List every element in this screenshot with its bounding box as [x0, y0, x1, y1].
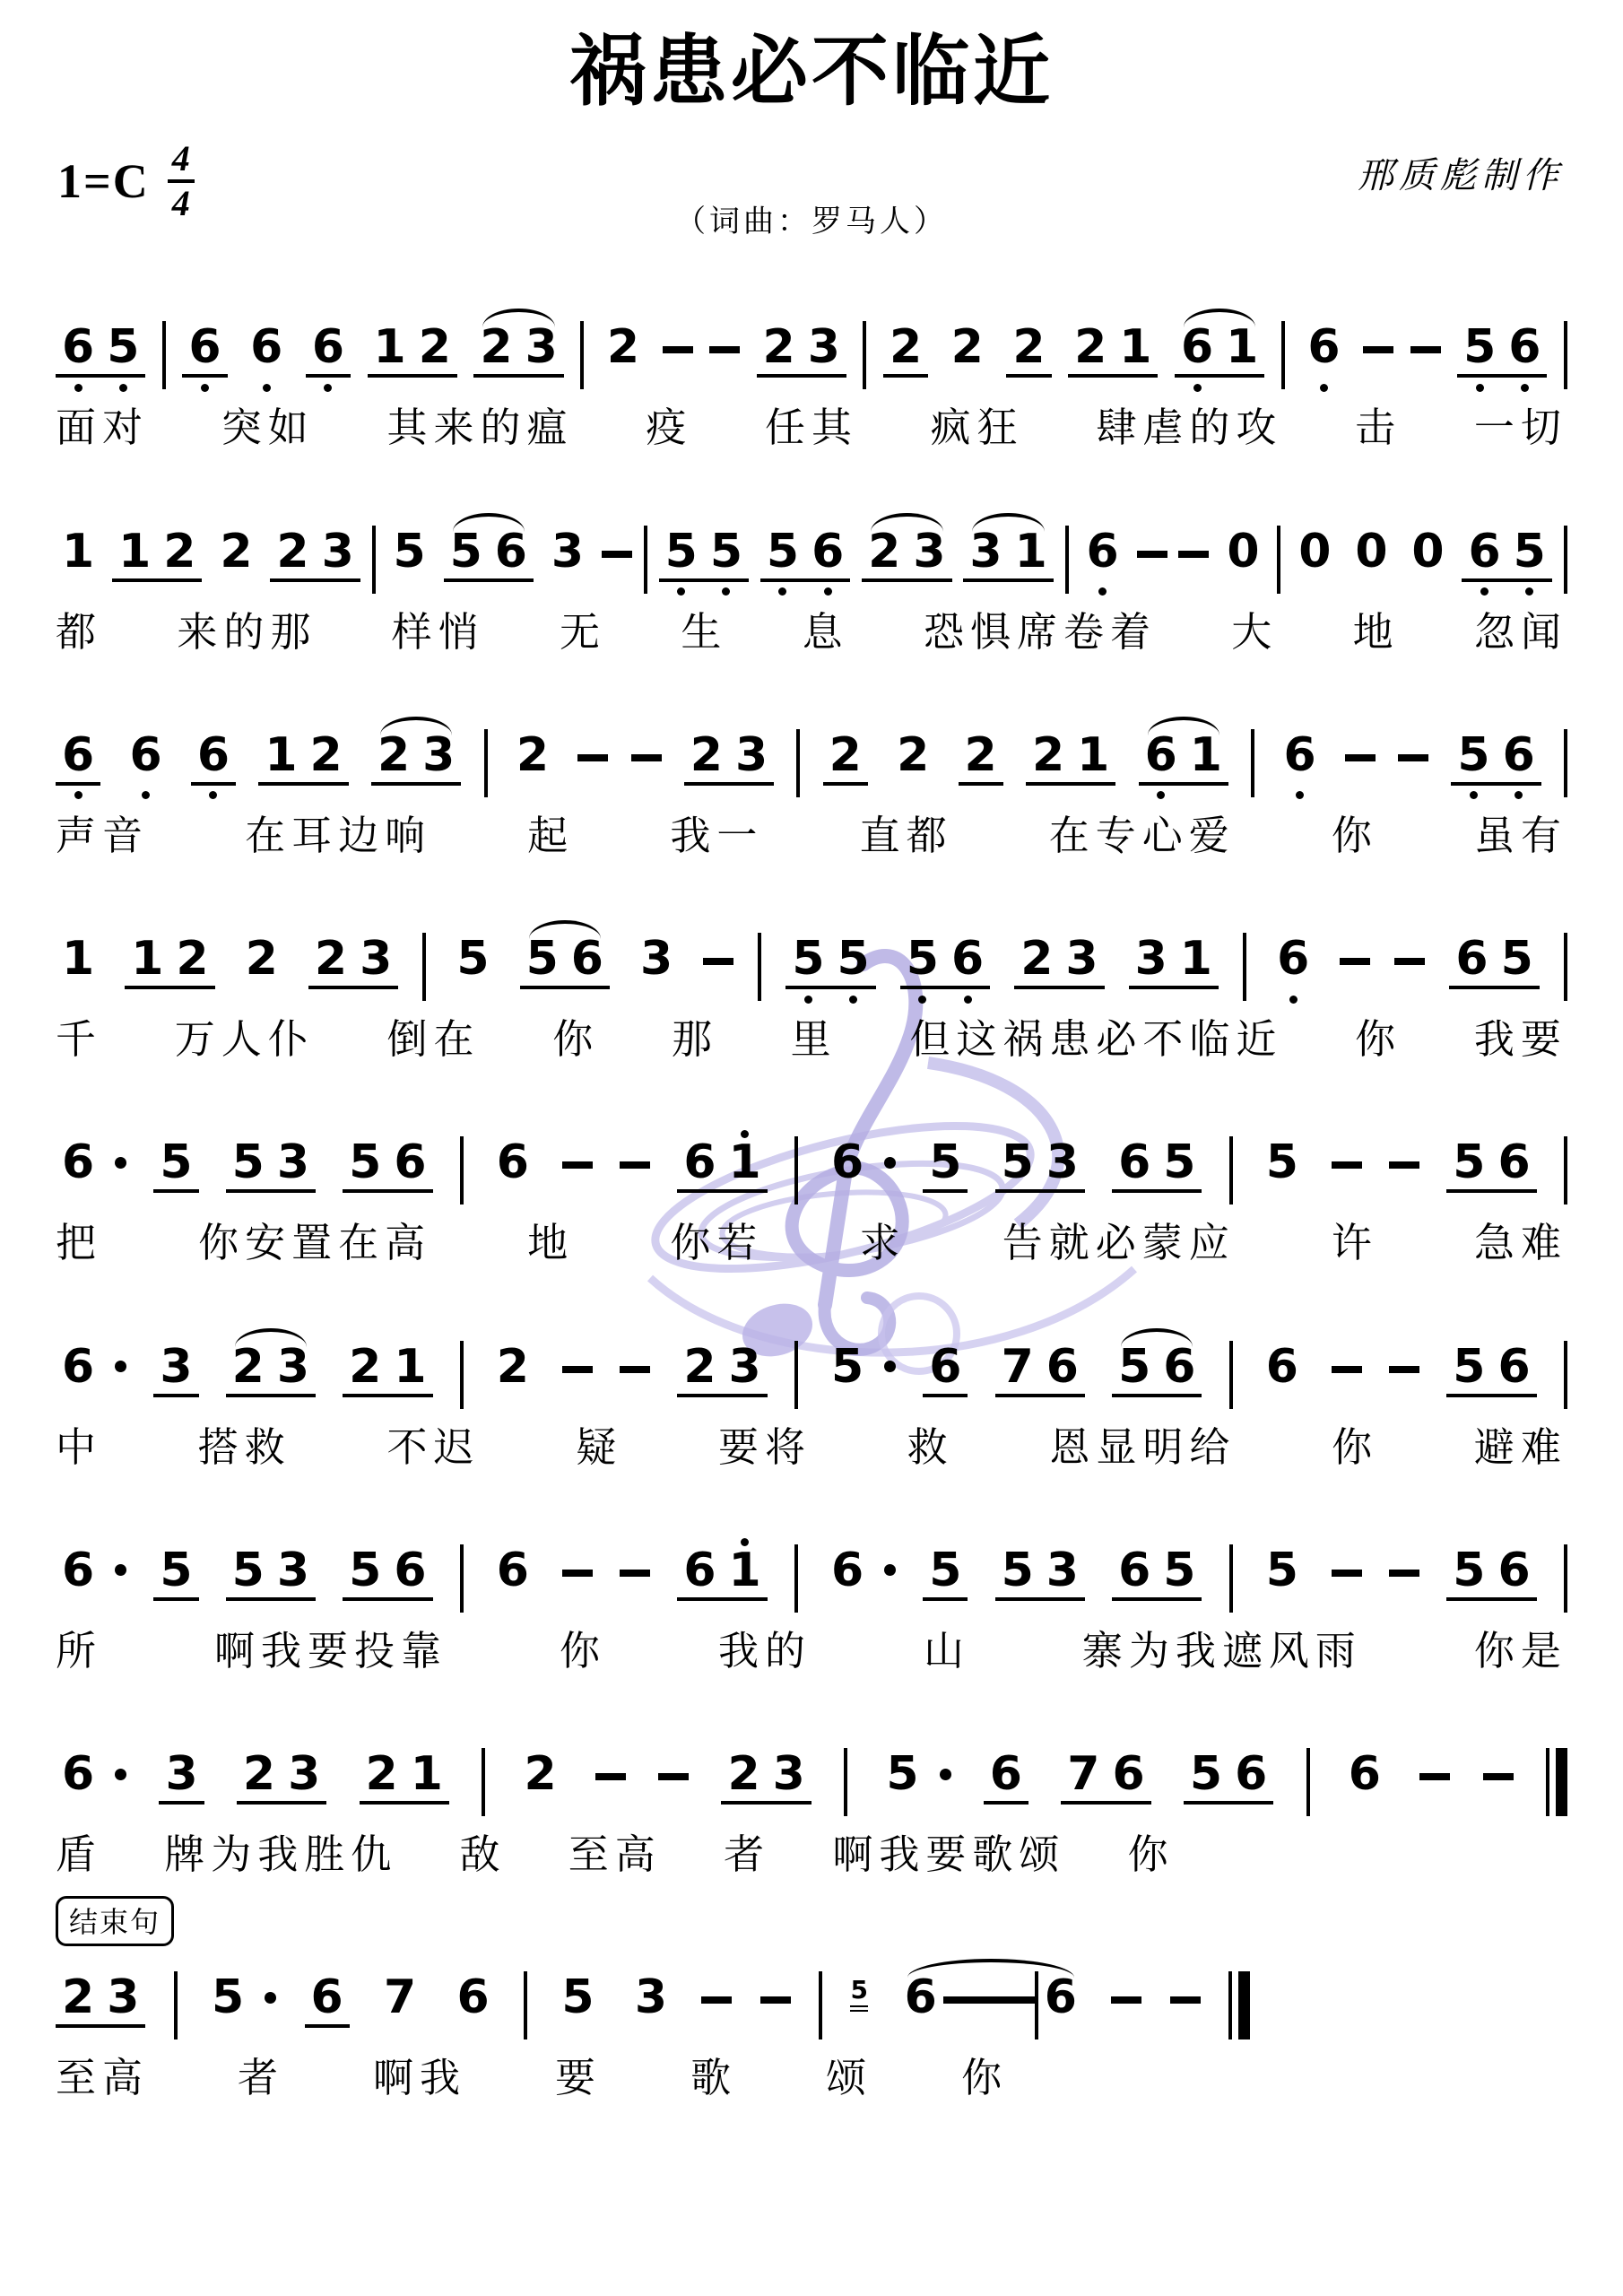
beam-group: 12 — [112, 513, 202, 600]
duration-dash — [974, 1996, 1004, 2004]
underline-zone — [282, 1798, 326, 1806]
note-digit: 6 — [123, 731, 168, 779]
barline — [1281, 321, 1285, 389]
underline-zone — [1040, 1187, 1085, 1195]
underline-zone — [1184, 1798, 1228, 1806]
eighth-underline — [1040, 1189, 1085, 1193]
lyric-segment: 啊我 — [373, 2053, 466, 2103]
note-digit: 2 — [677, 1343, 722, 1391]
note: 3 — [802, 309, 846, 396]
lyric-segment: 把 — [56, 1218, 102, 1268]
eighth-underline — [900, 986, 945, 989]
octave-zone-below — [824, 584, 832, 600]
grace-note-digit: 5 — [851, 1977, 868, 2003]
note: 2 — [757, 309, 802, 396]
note-digit: 5 — [450, 935, 495, 983]
beam-group: 12 — [125, 920, 214, 1007]
duration-dash — [1394, 958, 1425, 965]
eighth-underline — [56, 374, 100, 378]
note: 1 — [723, 1532, 768, 1619]
note: 3 — [1040, 1532, 1085, 1619]
final-barline-thin — [1228, 1971, 1232, 2039]
note: 2 — [677, 1328, 722, 1415]
note-digit: 1 — [56, 527, 100, 576]
lyric-segment: 山 — [924, 1626, 970, 1676]
eighth-underline — [159, 1801, 204, 1805]
underline-zone — [306, 371, 351, 379]
eighth-underline — [343, 1189, 387, 1193]
underline-zone — [378, 2022, 422, 2030]
octave-dot-below — [964, 996, 972, 1004]
lyrics-composer-credit: （词曲：罗马人） — [675, 196, 948, 240]
lyrics-row: 盾牌为我胜仇敌至高者啊我要歌颂你 — [56, 1830, 1175, 1880]
octave-dot-below — [722, 587, 730, 596]
note-digit-row: 2 — [237, 1750, 282, 1798]
note: 2 — [239, 920, 284, 1007]
lyric-segment: 里 — [791, 1014, 838, 1065]
grace-beam — [850, 2010, 868, 2013]
note: 1 — [56, 920, 100, 1007]
note: 6 — [677, 1532, 722, 1619]
octave-dot-below — [1525, 587, 1533, 596]
note-digit: 6 — [387, 1546, 432, 1595]
notes-row: 632321223567656656 — [56, 1328, 1567, 1415]
note-digit: 6 — [1449, 935, 1494, 983]
duration-dash — [562, 1366, 593, 1373]
note-digit-row: 6 — [182, 323, 227, 371]
notes-row: 66612232232222161656 — [56, 717, 1567, 804]
beam-group: 56 — [900, 920, 990, 1007]
beam-group: 76 — [995, 1328, 1085, 1415]
note: 6 — [1301, 309, 1346, 396]
lyric-segment: 在专心爱 — [1049, 811, 1236, 861]
underline-zone — [304, 779, 349, 787]
note-digit-row: 1 — [723, 1546, 768, 1595]
note-digit-row: 3 — [353, 935, 398, 983]
note-digit-row: 5 — [923, 1138, 968, 1187]
note-digit-row: 6 — [1112, 1138, 1157, 1187]
beam-group: 61 — [677, 1532, 767, 1619]
underline-zone — [1112, 1595, 1157, 1603]
beam-group: 56 — [520, 920, 610, 1007]
duration-dash — [595, 1773, 626, 1780]
underline-zone — [1260, 1391, 1305, 1399]
underline-zone — [880, 1798, 950, 1806]
note: 2 — [883, 309, 928, 396]
note: 2 — [1026, 717, 1071, 804]
lyric-segment: 地 — [1353, 607, 1400, 657]
underline-zone — [1446, 1391, 1491, 1399]
octave-zone-below — [804, 991, 812, 1007]
underline-zone — [1446, 1187, 1491, 1195]
note-digit: 3 — [316, 527, 360, 576]
lyric-segment: 要 — [555, 2053, 602, 2103]
octave-zone-below — [74, 787, 82, 804]
lyric-segment: 你 — [560, 1626, 606, 1676]
lyrics-row: 至高者啊我要歌颂你 — [56, 2053, 1008, 2103]
note-digit: 0 — [1405, 527, 1450, 576]
octave-dot-below — [201, 384, 209, 392]
lyric-segment: 你是 — [1474, 1626, 1567, 1676]
note-digit: 5 — [995, 1546, 1040, 1595]
note-digit-row: 3 — [416, 731, 461, 779]
beam-group: 53 — [226, 1124, 316, 1211]
underline-zone — [757, 371, 802, 379]
note-digit: 6 — [1081, 527, 1125, 576]
lyric-segment: 忽闻 — [1474, 607, 1567, 657]
underline-zone — [1112, 1391, 1157, 1399]
underline-zone — [153, 1595, 198, 1603]
note-digit-row: 6 — [898, 1973, 943, 2022]
beam-group: 61 — [1139, 717, 1228, 804]
eighth-underline — [520, 986, 565, 989]
note-digit: 3 — [100, 1973, 145, 2022]
note: 3 — [316, 513, 360, 600]
lyrics-row: 面对突如其来的瘟疫任其疯狂肆虐的攻击一切 — [56, 403, 1567, 453]
lyric-segment: 都 — [56, 607, 102, 657]
eighth-underline — [805, 578, 850, 582]
underline-zone — [1260, 1595, 1305, 1603]
underline-zone — [825, 1187, 896, 1195]
underline-zone — [1112, 1187, 1157, 1195]
underline-zone — [1068, 371, 1113, 379]
eighth-underline — [945, 986, 990, 989]
note: 5 — [205, 1959, 276, 2046]
eighth-underline — [1462, 578, 1506, 582]
note-digit: 3 — [767, 1750, 811, 1798]
note-digit-row: 2 — [684, 731, 729, 779]
underline-zone — [56, 371, 100, 379]
note-digit: 5 — [900, 935, 945, 983]
note: 6 — [1106, 1735, 1150, 1822]
note-digit-row: 3 — [271, 1546, 316, 1595]
duration-dash — [620, 1161, 650, 1169]
lyric-segment: 求 — [860, 1218, 907, 1268]
note-digit-row: 6 — [1139, 731, 1184, 779]
note-digit-row: 5 — [1260, 1138, 1305, 1187]
note-digit: 5 — [343, 1546, 387, 1595]
note-digit-row: 3 — [519, 323, 564, 371]
note: 2 — [237, 1735, 282, 1822]
beam-group: 56 — [1446, 1124, 1536, 1211]
note-digit-row: 6 — [1342, 1750, 1387, 1798]
note: 5 — [1451, 717, 1496, 804]
underline-zone — [555, 2022, 600, 2030]
note-digit-row: 5 — [205, 1973, 276, 2022]
note: 2 — [1006, 309, 1051, 396]
underline-zone — [519, 371, 564, 379]
note: 1 — [404, 1735, 449, 1822]
note-digit: 5 — [825, 1343, 870, 1391]
note: 6 — [182, 309, 227, 396]
note: 5 — [1260, 1124, 1305, 1211]
note: 6 — [1462, 513, 1506, 600]
notes-row: 655356661655365556 — [56, 1532, 1567, 1619]
music-system: 632321223567656656中搭救不迟疑要将救恩显明给你避难 — [56, 1328, 1567, 1473]
duration-dash — [1332, 1570, 1362, 1577]
octave-dot-below — [1476, 384, 1484, 392]
duration-dash — [1137, 551, 1167, 558]
note-digit: 5 — [923, 1138, 968, 1187]
note: 1 — [112, 513, 157, 600]
lyric-segment: 起 — [527, 811, 574, 861]
note-digit: 6 — [1491, 1138, 1536, 1187]
underline-zone — [412, 371, 457, 379]
eighth-underline — [1139, 782, 1184, 786]
underline-zone — [56, 779, 100, 787]
beam-group: 56 — [444, 513, 534, 600]
beam-group: 12 — [258, 717, 348, 804]
note: 5 — [343, 1532, 387, 1619]
octave-zone-below — [849, 991, 857, 1007]
note-digit: 3 — [416, 731, 461, 779]
duration-dash — [620, 1570, 650, 1577]
octave-dot-below — [824, 587, 832, 596]
note-digit: 2 — [1026, 731, 1071, 779]
underline-zone — [270, 576, 315, 584]
note: 6 — [244, 309, 289, 396]
note: 6 — [825, 1532, 896, 1619]
note-digit-row: 3 — [767, 1750, 811, 1798]
eighth-underline — [237, 1801, 282, 1805]
note: 5 — [555, 1959, 600, 2046]
octave-zone-below — [263, 379, 271, 396]
note: 6 — [984, 1735, 1028, 1822]
note-digit-row: 6 — [825, 1138, 896, 1187]
eighth-underline — [1040, 1597, 1085, 1601]
lyric-segment: 那 — [672, 1014, 718, 1065]
lyric-segment: 疫 — [646, 403, 692, 453]
underline-zone — [182, 371, 227, 379]
beam-group: 23 — [226, 1328, 316, 1415]
eighth-underline — [907, 578, 951, 582]
underline-zone — [1106, 1798, 1150, 1806]
underline-zone — [1059, 983, 1104, 991]
note-digit-row: 3 — [545, 527, 590, 576]
note: 1 — [368, 309, 412, 396]
underline-zone — [510, 779, 555, 787]
underline-zone — [890, 779, 935, 787]
octave-dot-below — [74, 791, 82, 799]
notes-row: 1122235563555623316000065 — [56, 513, 1567, 600]
eighth-underline — [343, 1597, 387, 1601]
note: 7 — [1061, 1735, 1106, 1822]
underline-zone — [825, 1595, 896, 1603]
octave-zone-below — [324, 379, 332, 396]
note-digit-row: 3 — [282, 1750, 326, 1798]
eighth-underline — [729, 782, 774, 786]
underline-zone — [1157, 1187, 1202, 1195]
note: 6 — [490, 1124, 535, 1211]
note: 2 — [890, 717, 935, 804]
note-digit-row: 6 — [1491, 1343, 1536, 1391]
beam-group: 23 — [862, 513, 951, 600]
lyric-segment: 任其 — [765, 403, 858, 453]
note: 5 — [923, 1532, 968, 1619]
duration-dash — [709, 346, 740, 353]
duration-dash — [1389, 1366, 1419, 1373]
barline — [482, 1748, 485, 1816]
barline — [1229, 1136, 1233, 1205]
note-digit-row: 2 — [213, 527, 258, 576]
barline — [796, 729, 800, 797]
lyric-segment: 一切 — [1474, 403, 1567, 453]
octave-dot-below — [119, 384, 127, 392]
beam-group: 23 — [684, 717, 774, 804]
underline-zone — [237, 1798, 282, 1806]
header-meta: 1=C 4 4 （词曲：罗马人） 邢质彪制作 — [56, 127, 1567, 242]
note-digit-row: 2 — [371, 731, 416, 779]
eighth-underline — [304, 782, 349, 786]
note: 3 — [1059, 920, 1104, 1007]
note: 2 — [360, 1735, 404, 1822]
eighth-underline — [995, 1189, 1040, 1193]
note: 5 — [1457, 309, 1502, 396]
eighth-underline — [1491, 1597, 1536, 1601]
lyric-segment: 盾 — [56, 1830, 102, 1880]
eighth-underline — [767, 1801, 811, 1805]
beam-group: 56 — [1446, 1532, 1536, 1619]
note-digit: 2 — [239, 935, 284, 983]
note-digit-row: 1 — [1113, 323, 1158, 371]
eighth-underline — [306, 374, 351, 378]
underline-zone — [1495, 983, 1540, 991]
underline-zone — [1449, 983, 1494, 991]
underline-zone — [1228, 1798, 1273, 1806]
note: 2 — [510, 717, 555, 804]
note-digit-row: 2 — [757, 323, 802, 371]
note-digit-row: 6 — [1449, 935, 1494, 983]
note: 2 — [56, 1959, 100, 2046]
note-digit: 2 — [959, 731, 1003, 779]
octave-dot-below — [918, 996, 926, 1004]
note-digit-row: 5 — [825, 1343, 896, 1391]
note: 2 — [959, 717, 1003, 804]
note-digit: 6 — [1342, 1750, 1387, 1798]
note-digit: 3 — [271, 1343, 316, 1391]
barline — [1243, 933, 1246, 1001]
eighth-underline — [995, 1597, 1040, 1601]
beam-group: 56 — [1451, 717, 1541, 804]
augmentation-dot — [115, 1769, 126, 1780]
note-digit-row: 1 — [56, 935, 100, 983]
octave-zone-below — [1193, 379, 1202, 396]
eighth-underline — [1106, 1801, 1150, 1805]
note-digit-row: 6 — [1491, 1546, 1536, 1595]
note-digit-row: 6 — [1502, 323, 1547, 371]
note-digit: 5 — [923, 1546, 968, 1595]
underline-zone — [907, 576, 951, 584]
note-digit-row: 5 — [1157, 1546, 1202, 1595]
eighth-underline — [723, 1189, 768, 1193]
eighth-underline — [923, 1597, 968, 1601]
note-digit: 5 — [880, 1750, 924, 1798]
note: 7 — [378, 1959, 422, 2046]
note-digit: 7 — [995, 1343, 1040, 1391]
note-digit-row: 6 — [1106, 1750, 1150, 1798]
eighth-underline — [368, 374, 412, 378]
eighth-underline — [270, 578, 315, 582]
note: 6 — [923, 1328, 968, 1415]
underline-zone — [520, 983, 565, 991]
note: 3 — [1129, 920, 1174, 1007]
note-digit-row: 1 — [56, 527, 100, 576]
note-digit: 5 — [1495, 935, 1540, 983]
duration-dash — [1410, 346, 1441, 353]
barline — [1564, 1544, 1567, 1613]
final-barline — [1546, 1748, 1567, 1816]
underline-zone — [1502, 371, 1547, 379]
note: 3 — [153, 1328, 198, 1415]
note-digit-row: 1 — [387, 1343, 432, 1391]
rest-note: 0 — [1292, 513, 1337, 600]
notes-row: 23567653566 — [56, 1959, 1250, 2046]
note: 6 — [56, 1328, 126, 1415]
note-digit: 6 — [825, 1138, 870, 1187]
underline-zone — [1271, 983, 1315, 991]
lyric-segment: 来的那 — [177, 607, 317, 657]
underline-zone — [923, 1187, 968, 1195]
note-digit-row: 6 — [565, 935, 610, 983]
eighth-underline — [1157, 1597, 1202, 1601]
note-digit: 6 — [1112, 1138, 1157, 1187]
note: 6 — [56, 1735, 126, 1822]
augmentation-dot — [115, 1361, 126, 1372]
underline-zone — [1040, 1391, 1085, 1399]
note-digit-row: 3 — [316, 527, 360, 576]
final-barline-thick — [1556, 1748, 1567, 1816]
eighth-underline — [684, 782, 729, 786]
eighth-underline — [343, 1394, 387, 1397]
eighth-underline — [785, 986, 830, 989]
note-digit-row: 2 — [721, 1750, 766, 1798]
note-digit-row: 6 — [56, 1546, 126, 1595]
lyrics-row: 中搭救不迟疑要将救恩显明给你避难 — [56, 1422, 1567, 1473]
eighth-underline — [1502, 374, 1547, 378]
note: 2 — [412, 309, 457, 396]
underline-zone — [316, 576, 360, 584]
duration-dash — [1389, 1570, 1419, 1577]
note-digit: 6 — [805, 527, 850, 576]
note: 2 — [169, 920, 214, 1007]
note-digit: 2 — [945, 323, 990, 371]
lyric-segment: 倒在 — [386, 1014, 480, 1065]
beam-group: 12 — [368, 309, 457, 396]
eighth-underline — [1068, 374, 1113, 378]
eighth-underline — [723, 1394, 768, 1397]
octave-dot-below — [804, 996, 812, 1004]
beam-group: 23 — [473, 309, 563, 396]
note-digit-row: 5 — [1451, 731, 1496, 779]
note-digit: 5 — [760, 527, 805, 576]
note-digit-row: 5 — [1112, 1343, 1157, 1391]
note-digit-row: 0 — [1405, 527, 1450, 576]
note: 5 — [1157, 1124, 1202, 1211]
underline-zone — [1405, 576, 1450, 584]
lyrics-row: 都来的那样悄无生息恐惧席卷着大地忽闻 — [56, 607, 1567, 657]
eighth-underline — [353, 986, 398, 989]
duration-dash — [760, 1996, 791, 2004]
eighth-underline — [271, 1597, 316, 1601]
note-digit: 6 — [677, 1546, 722, 1595]
note-digit-row: 5 — [1446, 1343, 1491, 1391]
duration-dash — [1363, 346, 1393, 353]
eighth-underline — [387, 1189, 432, 1193]
note-digit-row: 6 — [1038, 1973, 1083, 2022]
duration-dash — [562, 1161, 593, 1169]
note: 2 — [601, 309, 646, 396]
underline-zone — [112, 576, 157, 584]
